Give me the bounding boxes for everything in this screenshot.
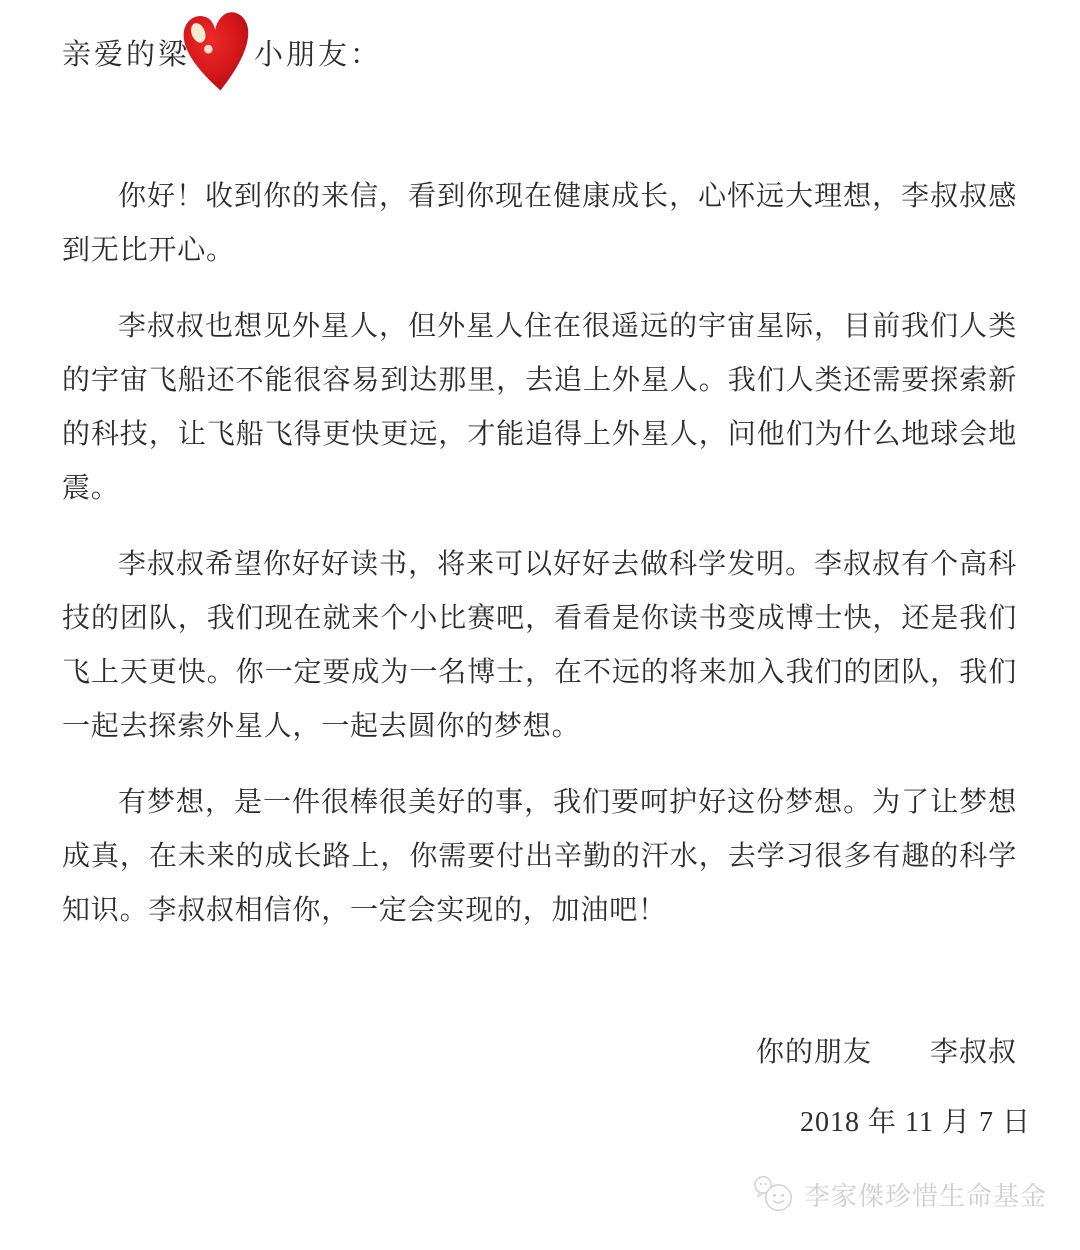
paragraph-greeting: 你好！收到你的来信，看到你现在健康成长，心怀远大理想，李叔叔感到无比开心。 [62,170,1017,278]
letter-body: 你好！收到你的来信，看到你现在健康成长，心怀远大理想，李叔叔感到无比开心。 李叔… [62,170,1017,938]
letter-page: 亲爱的梁 小朋友： 你好！收到你的来信，看到你现在健康成长，心怀远大理想，李叔叔… [0,0,1080,1250]
foundation-bubbles-logo-icon [751,1174,797,1214]
signature: 你的朋友 李叔叔 [62,1026,1017,1080]
paragraph-study: 李叔叔希望你好好读书，将来可以好好去做科学发明。李叔叔有个高科技的团队，我们现在… [62,538,1017,754]
red-heart-icon [178,3,256,97]
salutation: 亲爱的梁 小朋友： [62,0,1017,104]
watermark: 李家傑珍惜生命基金 [62,1174,1047,1214]
paragraph-aliens: 李叔叔也想见外星人，但外星人住在很遥远的宇宙星际，目前我们人类的宇宙飞船还不能很… [62,300,1017,516]
paragraph-dream: 有梦想，是一件很棒很美好的事，我们要呵护好这份梦想。为了让梦想成真，在未来的成长… [62,776,1017,938]
salutation-suffix: 小朋友： [254,32,382,73]
watermark-text: 李家傑珍惜生命基金 [804,1176,1047,1213]
date: 2018 年 11 月 7 日 [62,1096,1031,1150]
letter-closing: 你的朋友 李叔叔 2018 年 11 月 7 日 [62,1026,1017,1150]
salutation-prefix: 亲爱的梁 [62,32,190,73]
